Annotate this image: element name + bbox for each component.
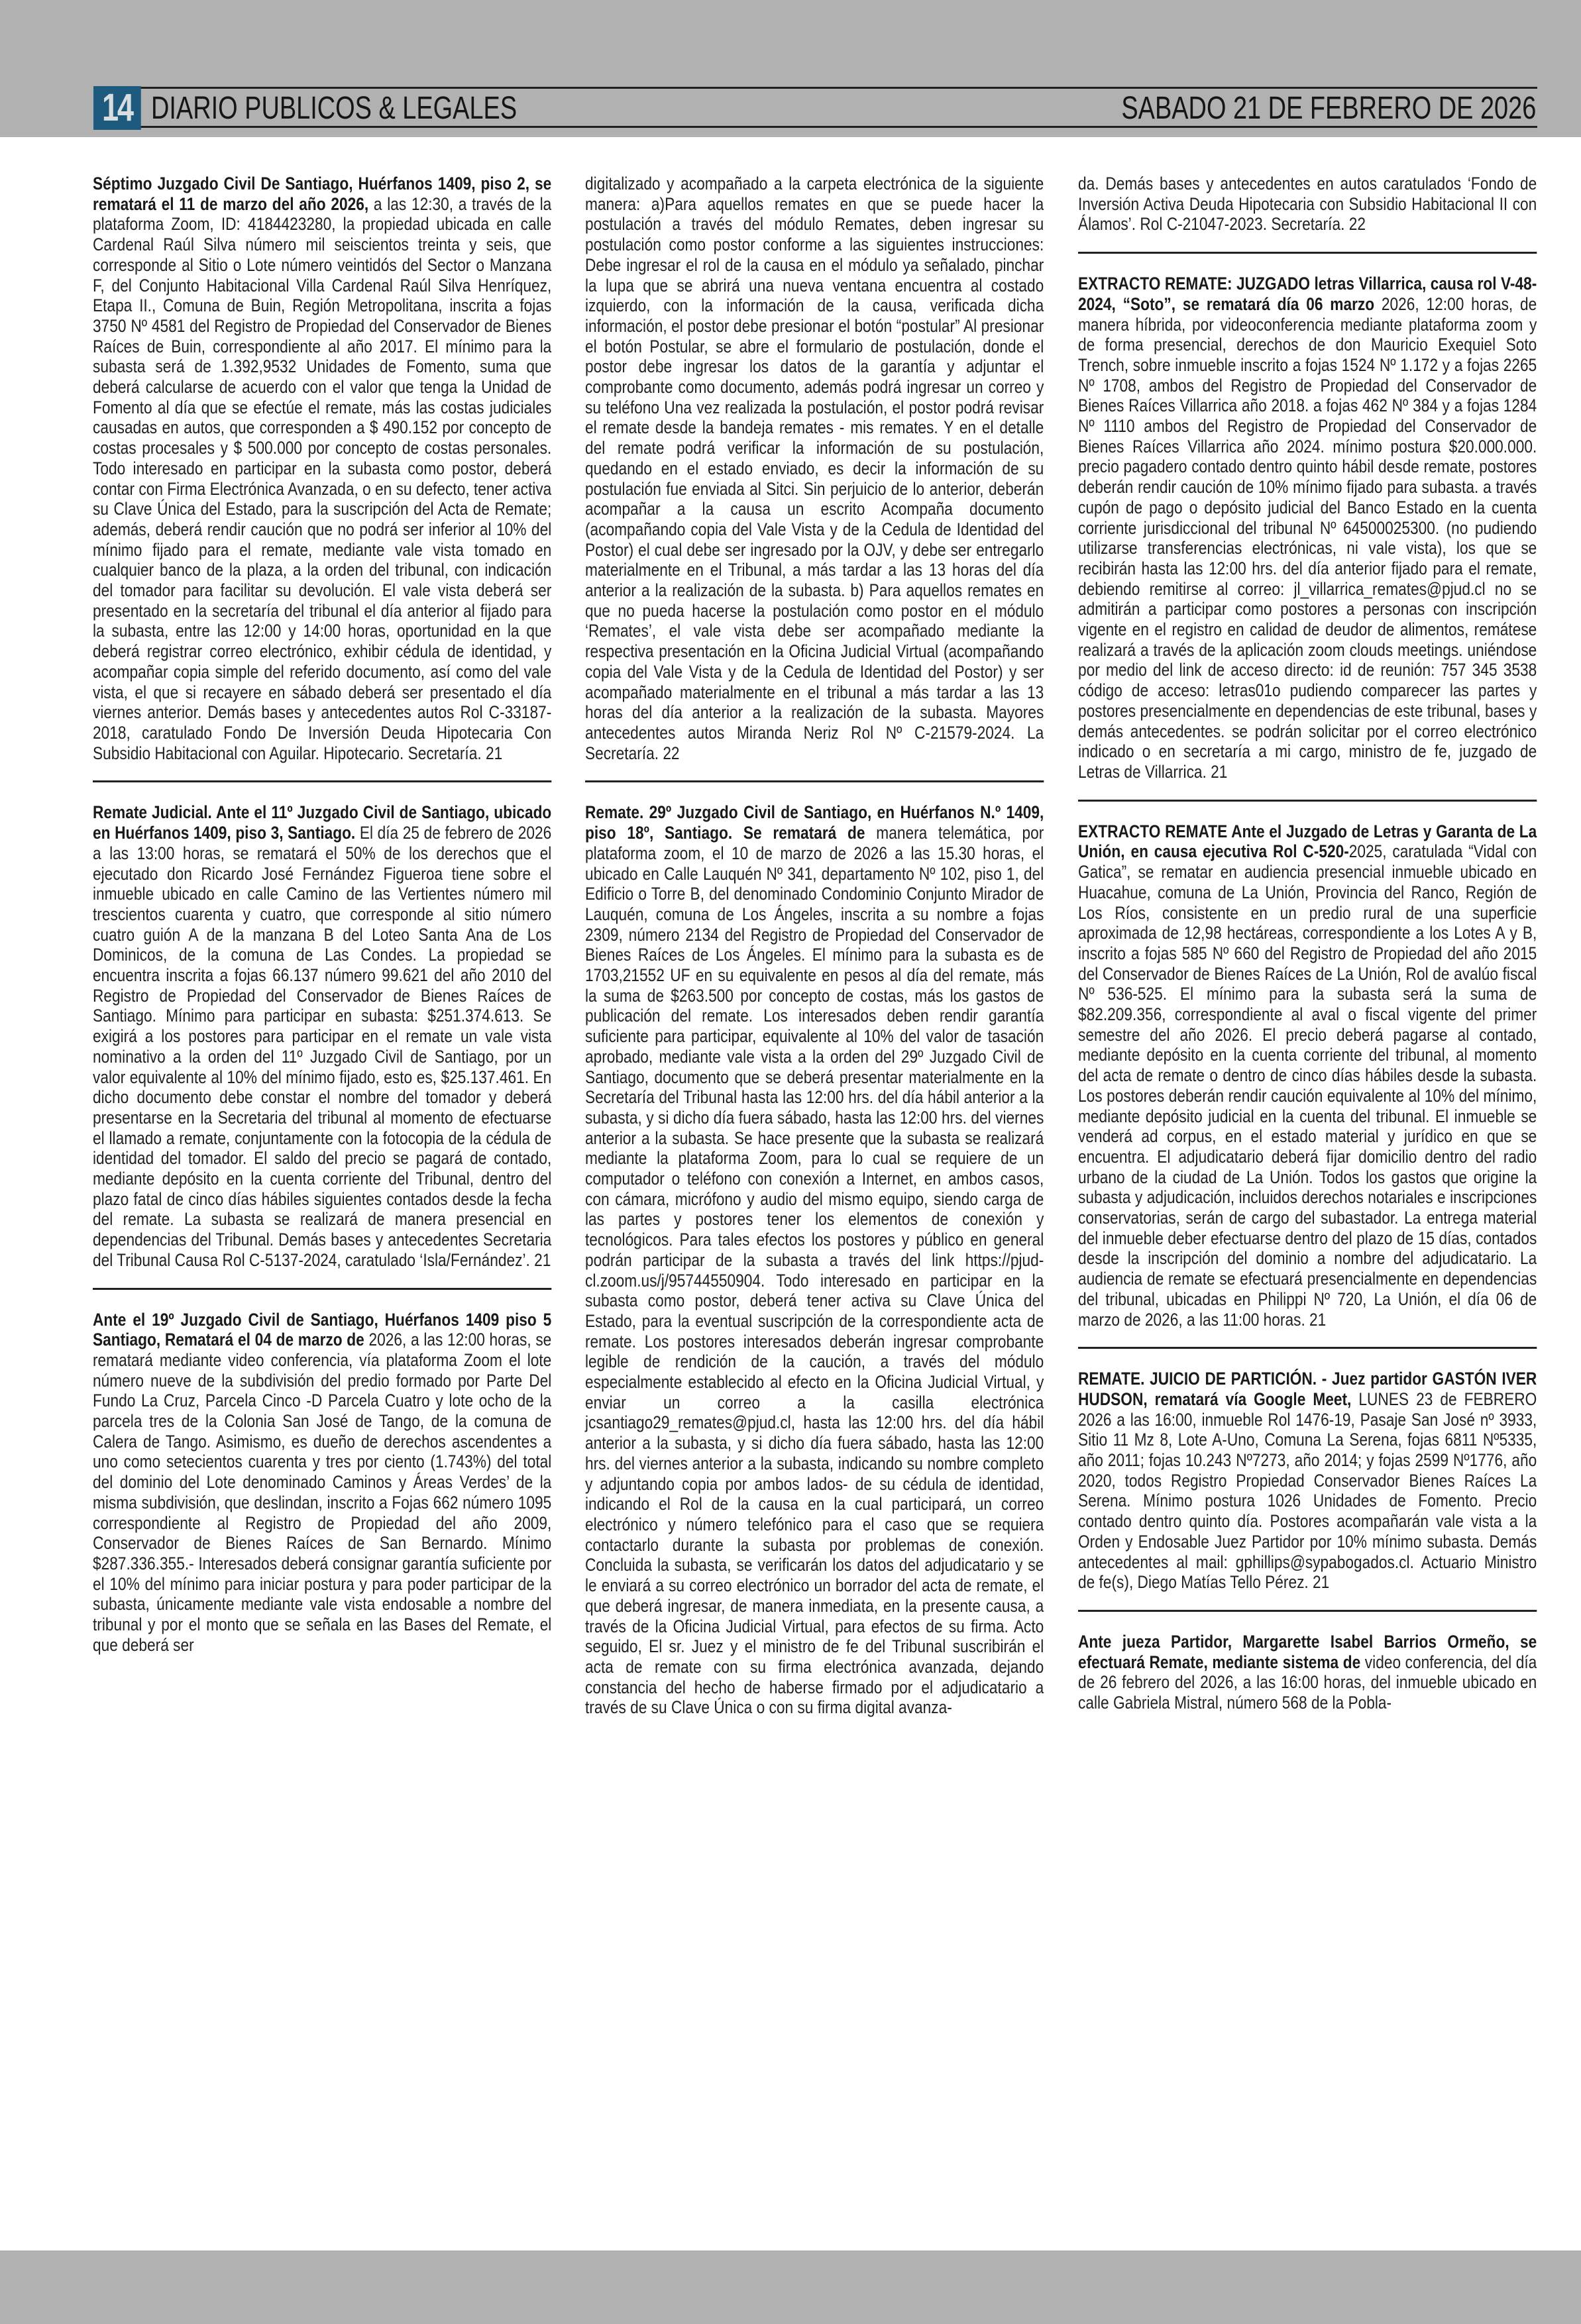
- legal-notice: Ante el 19º Juzgado Civil de Santiago, H…: [93, 1310, 551, 1656]
- legal-notice: EXTRACTO REMATE: JUZGADO letras Villarri…: [1078, 274, 1537, 782]
- notice-divider: [1078, 252, 1537, 254]
- legal-notice: Ante jueza Partidor, Margarette Isabel B…: [1078, 1632, 1537, 1713]
- notice-divider: [1078, 1610, 1537, 1612]
- notice-body: 2025, caratulada “Vidal con Gatica”, se …: [1078, 841, 1537, 1329]
- notice-body: a las 12:30, a través de la plataforma Z…: [93, 194, 551, 763]
- legal-notice-continued: digitalizado y acompañado a la carpeta e…: [585, 174, 1044, 763]
- legal-notice: Remate Judicial. Ante el 11º Juzgado Civ…: [93, 802, 551, 1270]
- notice-body: 2026, a las 12:00 horas, se rematará med…: [93, 1330, 551, 1655]
- notice-body: 2026, 12:00 horas, de manera híbrida, po…: [1078, 294, 1537, 782]
- column-right: da. Demás bases y antecedentes en autos …: [1078, 174, 1537, 1713]
- legal-notice: EXTRACTO REMATE Ante el Juzgado de Letra…: [1078, 821, 1537, 1330]
- header-rule-bottom: [140, 126, 1537, 128]
- footer-band: [0, 2250, 1581, 2324]
- page-number-badge: 14: [93, 86, 141, 130]
- legal-notice: Séptimo Juzgado Civil De Santiago, Huérf…: [93, 174, 551, 763]
- issue-date: SABADO 21 DE FEBRERO DE 2026: [1121, 91, 1536, 126]
- notice-body: El día 25 de febrero de 2026 a las 13:00…: [93, 823, 551, 1270]
- notice-divider: [93, 780, 551, 782]
- notice-divider: [93, 1288, 551, 1290]
- header-rule-top: [140, 87, 1537, 89]
- notice-divider: [1078, 800, 1537, 802]
- notice-divider: [585, 780, 1044, 782]
- notice-body: da. Demás bases y antecedentes en autos …: [1078, 174, 1537, 234]
- column-middle: digitalizado y acompañado a la carpeta e…: [585, 174, 1044, 1718]
- legal-notice: Remate. 29º Juzgado Civil de Santiago, e…: [585, 802, 1044, 1718]
- notice-body: manera telemática, por plataforma zoom, …: [585, 823, 1044, 1717]
- legal-notice: REMATE. JUICIO DE PARTICIÓN. - Juez part…: [1078, 1369, 1537, 1593]
- notice-body: LUNES 23 de FEBRERO 2026 a las 16:00, in…: [1078, 1389, 1537, 1592]
- notice-body: digitalizado y acompañado a la carpeta e…: [585, 174, 1044, 763]
- publication-title: DIARIO PUBLICOS & LEGALES: [151, 91, 517, 126]
- column-left: Séptimo Juzgado Civil De Santiago, Huérf…: [93, 174, 551, 1656]
- notice-divider: [1078, 1347, 1537, 1349]
- legal-notice-continued: da. Demás bases y antecedentes en autos …: [1078, 174, 1537, 235]
